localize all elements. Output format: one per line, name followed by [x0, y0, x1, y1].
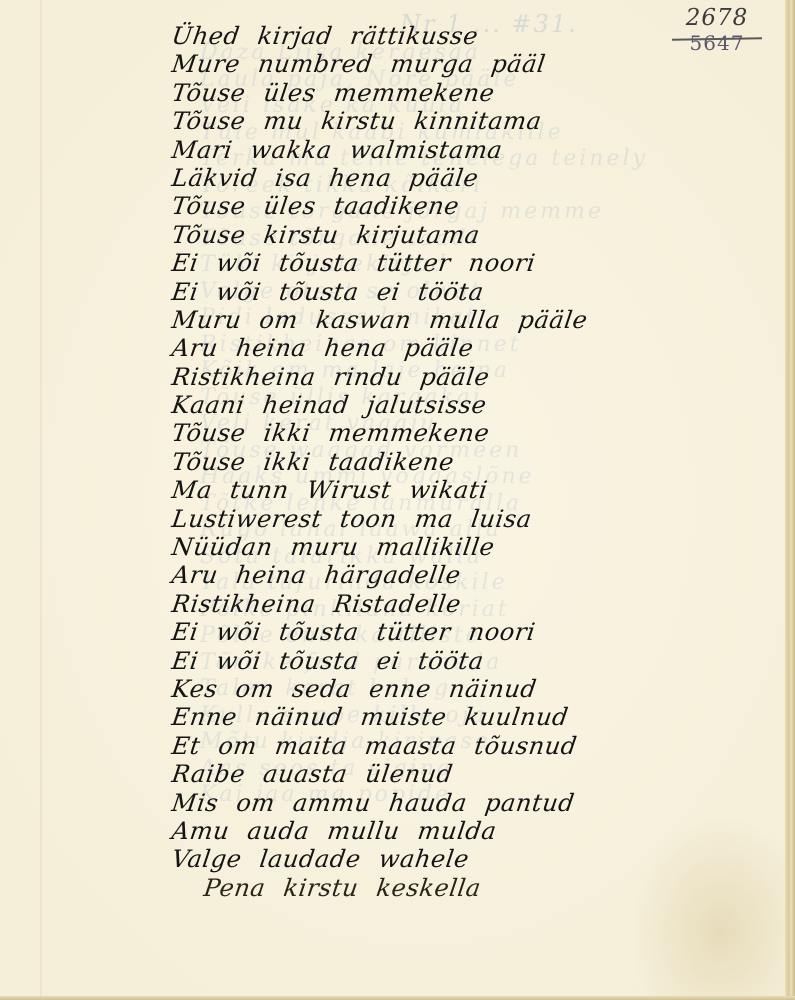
handwritten-poem: Ühed kirjad rättikusse Mure numbred murg…: [172, 22, 692, 902]
poem-line: Kes om seda enne näinud: [170, 675, 694, 703]
poem-line: Läkvid isa hena pääle: [170, 164, 694, 192]
page-stack-edge: [785, 0, 795, 1000]
poem-line: Ristikheina rindu pääle: [170, 363, 694, 391]
poem-line: Tõuse mu kirstu kinnitama: [170, 107, 694, 135]
poem-line: Mis om ammu hauda pantud: [170, 789, 694, 817]
poem-line: Aru heina härgadelle: [170, 561, 694, 589]
poem-line: Ei wõi tõusta tütter noori: [170, 249, 694, 277]
poem-line: Tõuse kirstu kirjutama: [170, 221, 694, 249]
poem-line: Tõuse ikki taadikene: [170, 448, 694, 476]
poem-line: Lustiwerest toon ma luisa: [170, 505, 694, 533]
poem-line: Nüüdan muru mallikille: [170, 533, 694, 561]
poem-line: Ei wõi tõusta ei tööta: [170, 647, 694, 675]
poem-line: Mari wakka walmistama: [170, 136, 694, 164]
poem-line: Kaani heinad jalutsisse: [170, 391, 694, 419]
poem-line: Tõuse üles taadikene: [170, 192, 694, 220]
poem-line: Ühed kirjad rättikusse: [170, 22, 694, 50]
paper-fold-line: [40, 0, 42, 1000]
poem-line: Et om maita maasta tõusnud: [170, 732, 694, 760]
poem-line: Ma tunn Wirust wikati: [170, 476, 694, 504]
poem-line: Enne näinud muiste kuulnud: [170, 703, 694, 731]
poem-line: Valge laudade wahele: [170, 845, 694, 873]
poem-line: Muru om kaswan mulla pääle: [170, 306, 694, 334]
manuscript-page: Nr 1 ... #31. Daza Liisa kergesaa Laula …: [0, 0, 795, 1000]
poem-line: Tõuse ikki memmekene: [170, 419, 694, 447]
poem-line: Raibe auasta ülenud: [170, 760, 694, 788]
page-bottom-edge: [0, 996, 795, 1000]
poem-line: Aru heina hena pääle: [170, 334, 694, 362]
poem-line: Pena kirstu keskella: [170, 874, 694, 902]
poem-line: Ristikheina Ristadelle: [170, 590, 694, 618]
poem-line: Ei wõi tõusta tütter noori: [170, 618, 694, 646]
poem-line: Tõuse üles memmekene: [170, 79, 694, 107]
poem-line: Amu auda mullu mulda: [170, 817, 694, 845]
poem-line: Mure numbred murga pääl: [170, 50, 694, 78]
poem-line: Ei wõi tõusta ei tööta: [170, 278, 694, 306]
